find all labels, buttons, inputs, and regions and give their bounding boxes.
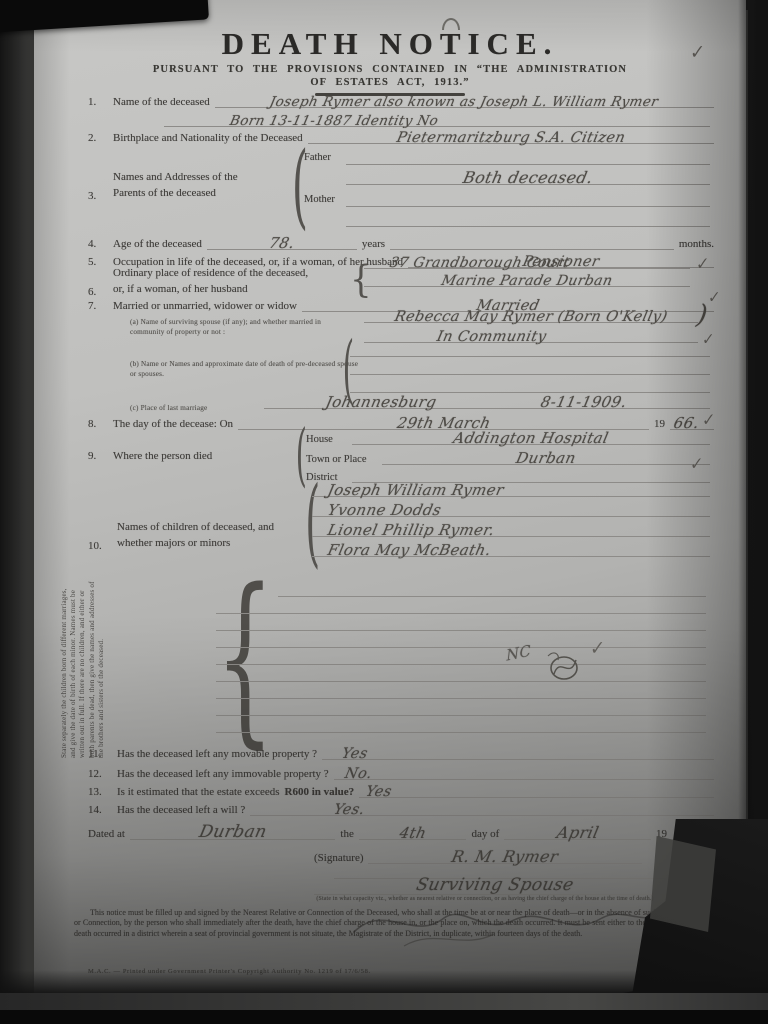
ruled-line bbox=[390, 236, 674, 250]
dated-at-label: Dated at bbox=[88, 828, 125, 840]
ruled-line bbox=[216, 652, 706, 665]
father-label: Father bbox=[304, 152, 331, 163]
handwritten-movable: Yes bbox=[340, 746, 369, 762]
page-title: DEATH NOTICE. bbox=[34, 26, 746, 62]
handwritten-community: In Community bbox=[436, 329, 549, 345]
ruled-line: Pietermaritzburg S.A. Citizen bbox=[308, 130, 714, 144]
ruled-line: Lionel Phillip Rymer. bbox=[312, 524, 710, 537]
scanned-death-notice: DEATH NOTICE. PURSUANT TO THE PROVISIONS… bbox=[0, 0, 768, 1024]
field-label-line2: whether majors or minors bbox=[117, 537, 230, 549]
ruled-line: 4th bbox=[359, 826, 467, 840]
pencil-tick: ✓ bbox=[708, 287, 721, 307]
item-number: 3. bbox=[88, 190, 108, 202]
handwritten-child-3: Lionel Phillip Rymer. bbox=[326, 521, 496, 539]
ruled-line: Rebecca May Rymer (Born O'Kelly) bbox=[364, 310, 698, 323]
handwritten-marriage-place: Johannesburg bbox=[325, 393, 439, 411]
ruled-line: R. M. Rymer bbox=[368, 850, 642, 864]
pencil-circled-scribble bbox=[540, 646, 592, 686]
scan-bottom-edge bbox=[0, 1010, 768, 1024]
subtitle-line2: OF ESTATES ACT, 1913.” bbox=[34, 77, 746, 88]
ruled-line: Durban bbox=[130, 826, 335, 840]
house-label: House bbox=[306, 434, 333, 445]
ruled-line bbox=[350, 380, 710, 393]
ruled-line bbox=[216, 720, 706, 733]
under-sheet-edge bbox=[650, 836, 716, 932]
ruled-line bbox=[346, 152, 710, 165]
field-label: Names of children of deceased, and wheth… bbox=[117, 520, 274, 552]
ruled-line: Yes bbox=[359, 784, 714, 798]
item-number: 10. bbox=[88, 540, 112, 552]
mother-label: Mother bbox=[304, 194, 335, 205]
ruled-line: Durban bbox=[382, 452, 710, 465]
ruled-line bbox=[216, 669, 706, 682]
pencil-tick: ✓ bbox=[702, 409, 716, 430]
ruled-line: Johannesburg 8-11-1909. bbox=[264, 396, 710, 409]
handwritten-dated-place: Durban bbox=[197, 822, 268, 842]
ruled-line bbox=[346, 194, 710, 207]
ruled-line: April bbox=[504, 826, 651, 840]
field-label: Birthplace and Nationality of the Deceas… bbox=[113, 132, 303, 144]
pencil-tick: ✓ bbox=[690, 41, 706, 64]
handwritten-born-identity: Born 13-11-1887 Identity No bbox=[228, 113, 440, 129]
field-label: Is it estimated that the estate exceeds bbox=[117, 786, 280, 798]
ruled-line bbox=[216, 703, 706, 716]
ruled-line: Born 13-11-1887 Identity No bbox=[164, 114, 710, 127]
signature-line: (Signature) R. M. Rymer bbox=[314, 850, 642, 864]
ruled-line: Joseph William Rymer bbox=[312, 484, 710, 497]
handwritten-month: April bbox=[555, 823, 601, 842]
field-birthplace-nationality: 2. Birthplace and Nationality of the Dec… bbox=[88, 130, 714, 144]
handwritten-spouse: Rebecca May Rymer (Born O'Kelly) bbox=[393, 309, 669, 325]
ruled-line: Yvonne Dodds bbox=[312, 504, 710, 517]
ruled-line: Yes. bbox=[250, 802, 714, 816]
ruled-line: 37 Grandborough Court bbox=[364, 256, 690, 269]
ruled-line: Yes bbox=[322, 746, 714, 760]
ruled-line bbox=[346, 214, 710, 227]
death-notice-page: DEATH NOTICE. PURSUANT TO THE PROVISIONS… bbox=[34, 0, 746, 996]
scan-bottom-band bbox=[0, 993, 768, 1010]
sub-label-c: (c) Place of last marriage bbox=[130, 404, 207, 414]
subtitle-line1: PURSUANT TO THE PROVISIONS CONTAINED IN … bbox=[34, 64, 746, 75]
ruled-line: In Community bbox=[364, 330, 698, 343]
ruled-line bbox=[278, 584, 706, 597]
year-prefix: 19 bbox=[654, 418, 665, 430]
handwritten-child-4: Flora May McBeath. bbox=[326, 541, 493, 559]
ruled-line bbox=[216, 635, 706, 648]
handwritten-day: 4th bbox=[398, 824, 428, 842]
ruled-line bbox=[216, 601, 706, 614]
item-number: 8. bbox=[88, 418, 108, 430]
field-label: Married or unmarried, widower or widow bbox=[113, 300, 297, 312]
field-parents: 3. Names and Addresses of the Parents of… bbox=[88, 170, 276, 202]
signature-label: (Signature) bbox=[314, 852, 363, 864]
field-will: 14. Has the deceased left a will ? Yes. bbox=[88, 802, 714, 816]
field-label-line1: Ordinary place of residence of the decea… bbox=[113, 267, 308, 279]
field-age: 4. Age of the deceased 78. years months. bbox=[88, 236, 714, 250]
field-label: Has the deceased left any movable proper… bbox=[117, 748, 317, 760]
handwritten-birthplace: Pietermaritzburg S.A. Citizen bbox=[395, 130, 627, 146]
handwritten-house: Addington Hospital bbox=[452, 429, 611, 447]
field-label-line1: Names and Addresses of the bbox=[113, 171, 238, 183]
field-label-line1: Names of children of deceased, and bbox=[117, 521, 274, 533]
item-number: 12. bbox=[88, 768, 112, 780]
handwritten-signature: R. M. Rymer bbox=[450, 847, 560, 866]
binding-edge bbox=[0, 0, 34, 1024]
field-label: Age of the deceased bbox=[113, 238, 202, 250]
handwritten-parents: Both deceased. bbox=[461, 168, 595, 187]
item-number: 6. bbox=[88, 286, 108, 298]
ruled-line: Marine Parade Durban bbox=[364, 274, 690, 287]
field-residence: 6. Ordinary place of residence of the de… bbox=[88, 266, 316, 298]
handwritten-residence-1: 37 Grandborough Court bbox=[388, 255, 571, 271]
field-children: 10. Names of children of deceased, and w… bbox=[88, 520, 276, 552]
field-label: Ordinary place of residence of the decea… bbox=[113, 266, 308, 298]
field-label: Where the person died bbox=[113, 450, 212, 462]
dated-line: Dated at Durban the 4th day of April 19 … bbox=[88, 826, 714, 840]
pencil-tick: ✓ bbox=[590, 637, 606, 660]
item-number: 11. bbox=[88, 748, 112, 760]
handwritten-marriage-date: 8-11-1909. bbox=[539, 393, 629, 411]
ruled-line: No. bbox=[334, 766, 714, 780]
item-number: 2. bbox=[88, 132, 108, 144]
handwritten-age: 78. bbox=[267, 234, 296, 252]
item-number: 7. bbox=[88, 300, 108, 312]
field-label-line2: or, if a woman, of her husband bbox=[113, 283, 248, 295]
field-label-line2: Parents of the deceased bbox=[113, 187, 216, 199]
item-number: 9. bbox=[88, 450, 108, 462]
town-label: Town or Place bbox=[306, 454, 367, 465]
field-where-died: 9. Where the person died bbox=[88, 450, 246, 462]
field-label: Has the deceased left any immovable prop… bbox=[117, 768, 329, 780]
ruled-line bbox=[216, 686, 706, 699]
handwritten-estate-value: Yes bbox=[365, 784, 394, 800]
day-of-label: day of bbox=[471, 828, 499, 840]
handwritten-town: Durban bbox=[514, 449, 577, 467]
ruled-line bbox=[350, 344, 710, 357]
handwritten-child-2: Yvonne Dodds bbox=[326, 501, 443, 519]
field-movable-property: 11. Has the deceased left any movable pr… bbox=[88, 746, 714, 760]
handwritten-residence-2: Marine Parade Durban bbox=[440, 273, 614, 289]
ruled-line: Both deceased. bbox=[346, 172, 710, 185]
sub-label-b: (b) Name or Names and approximate date o… bbox=[130, 360, 365, 379]
handwritten-immovable: No. bbox=[343, 766, 373, 782]
handwritten-child-1: Joseph William Rymer bbox=[326, 481, 506, 499]
field-estate-value: 13. Is it estimated that the estate exce… bbox=[88, 784, 714, 798]
field-immovable-property: 12. Has the deceased left any immovable … bbox=[88, 766, 714, 780]
ruled-line: 78. bbox=[207, 236, 357, 250]
item-number: 13. bbox=[88, 786, 112, 798]
children-margin-note: State separately the children born of di… bbox=[60, 580, 136, 758]
field-day-of-decease: 8. The day of the decease: On 29th March… bbox=[88, 416, 714, 430]
handwritten-name: Joseph Rymer also known as Joseph L. Wil… bbox=[269, 94, 661, 110]
punch-hole-mark bbox=[442, 18, 460, 30]
months-label: months. bbox=[679, 238, 714, 250]
field-label: The day of the decease: On bbox=[113, 418, 233, 430]
ruled-line bbox=[216, 618, 706, 631]
the-label: the bbox=[340, 828, 353, 840]
sub-label-a: (a) Name of surviving spouse (if any); a… bbox=[130, 318, 355, 337]
ruled-line: Joseph Rymer also known as Joseph L. Wil… bbox=[215, 94, 714, 108]
field-label: Name of the deceased bbox=[113, 96, 210, 108]
handwritten-will: Yes. bbox=[332, 802, 366, 818]
field-label: Names and Addresses of the Parents of th… bbox=[113, 170, 238, 202]
ruled-line: Addington Hospital bbox=[352, 432, 710, 445]
ruled-line: Flora May McBeath. bbox=[312, 544, 710, 557]
field-label: Has the deceased left a will ? bbox=[117, 804, 245, 816]
pencil-tick: ✓ bbox=[696, 253, 710, 274]
ruled-line bbox=[350, 362, 710, 375]
field-name-of-deceased: 1. Name of the deceased Joseph Rymer als… bbox=[88, 94, 714, 108]
item-number: 1. bbox=[88, 96, 108, 108]
field-label-bold: R600 in value? bbox=[285, 786, 355, 798]
item-number: 4. bbox=[88, 238, 108, 250]
years-label: years bbox=[362, 238, 385, 250]
item-number: 14. bbox=[88, 804, 112, 816]
handwritten-decease-year: 66. bbox=[672, 414, 701, 432]
